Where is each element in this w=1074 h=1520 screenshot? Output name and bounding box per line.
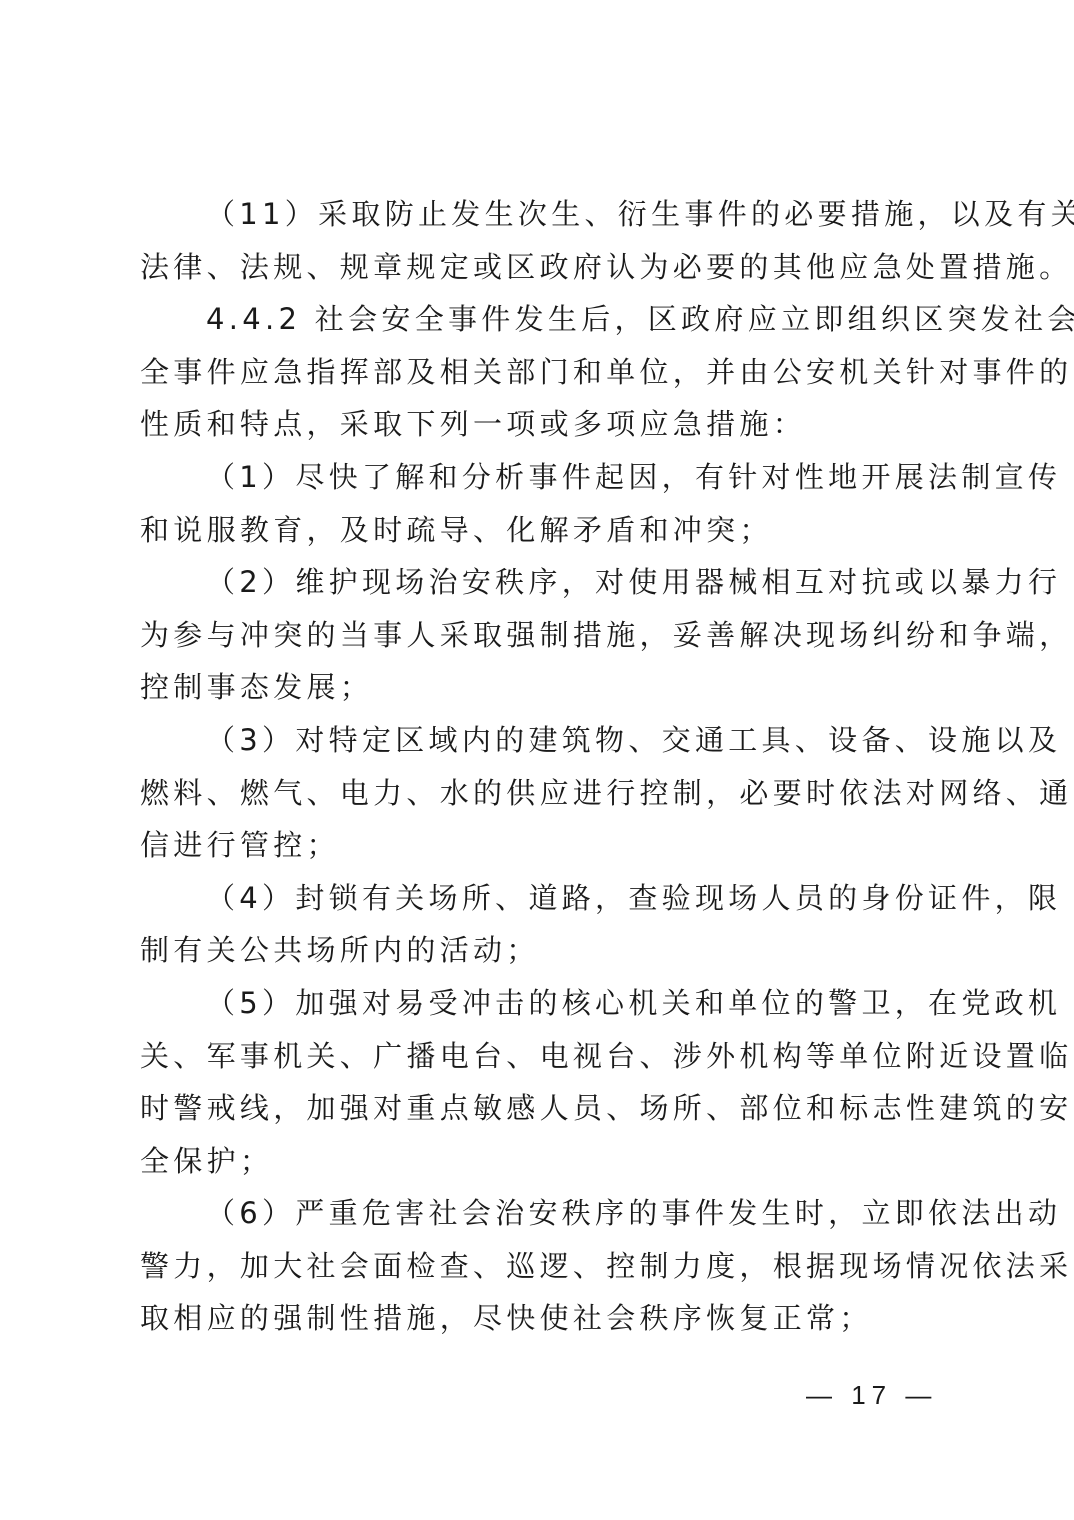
text-line: （11）采取防止发生次生、衍生事件的必要措施，以及有关 <box>140 188 940 241</box>
text-line: 制有关公共场所内的活动； <box>140 924 940 977</box>
list-item-line: （5）加强对易受冲击的核心机关和单位的警卫，在党政机 <box>140 977 940 1030</box>
text-line: 燃料、燃气、电力、水的供应进行控制，必要时依法对网络、通 <box>140 767 940 820</box>
page-number: — 17 — <box>806 1380 937 1411</box>
text-line: 全事件应急指挥部及相关部门和单位，并由公安机关针对事件的 <box>140 346 940 399</box>
text-line: 关、军事机关、广播电台、电视台、涉外机构等单位附近设置临 <box>140 1030 940 1083</box>
text-line: 控制事态发展； <box>140 661 940 714</box>
text-line: 时警戒线，加强对重点敏感人员、场所、部位和标志性建筑的安 <box>140 1082 940 1135</box>
document-page: （11）采取防止发生次生、衍生事件的必要措施，以及有关 法律、法规、规章规定或区… <box>0 0 1074 1520</box>
list-item-line: （4）封锁有关场所、道路，查验现场人员的身份证件，限 <box>140 872 940 925</box>
text-line: 为参与冲突的当事人采取强制措施，妥善解决现场纠纷和争端， <box>140 609 940 662</box>
text-line: 全保护； <box>140 1135 940 1188</box>
text-line: 警力，加大社会面检查、巡逻、控制力度，根据现场情况依法采 <box>140 1240 940 1293</box>
text-line: 和说服教育，及时疏导、化解矛盾和冲突； <box>140 504 940 557</box>
text-line: 性质和特点，采取下列一项或多项应急措施： <box>140 398 940 451</box>
list-item-line: （6）严重危害社会治安秩序的事件发生时，立即依法出动 <box>140 1187 940 1240</box>
text-line: 取相应的强制性措施，尽快使社会秩序恢复正常； <box>140 1292 940 1345</box>
list-item-line: （3）对特定区域内的建筑物、交通工具、设备、设施以及 <box>140 714 940 767</box>
document-body: （11）采取防止发生次生、衍生事件的必要措施，以及有关 法律、法规、规章规定或区… <box>140 188 940 1345</box>
list-item-line: （1）尽快了解和分析事件起因，有针对性地开展法制宣传 <box>140 451 940 504</box>
text-line: 信进行管控； <box>140 819 940 872</box>
list-item-line: （2）维护现场治安秩序，对使用器械相互对抗或以暴力行 <box>140 556 940 609</box>
section-heading-line: 4.4.2 社会安全事件发生后，区政府应立即组织区突发社会安 <box>140 293 940 346</box>
text-line: 法律、法规、规章规定或区政府认为必要的其他应急处置措施。 <box>140 241 940 294</box>
